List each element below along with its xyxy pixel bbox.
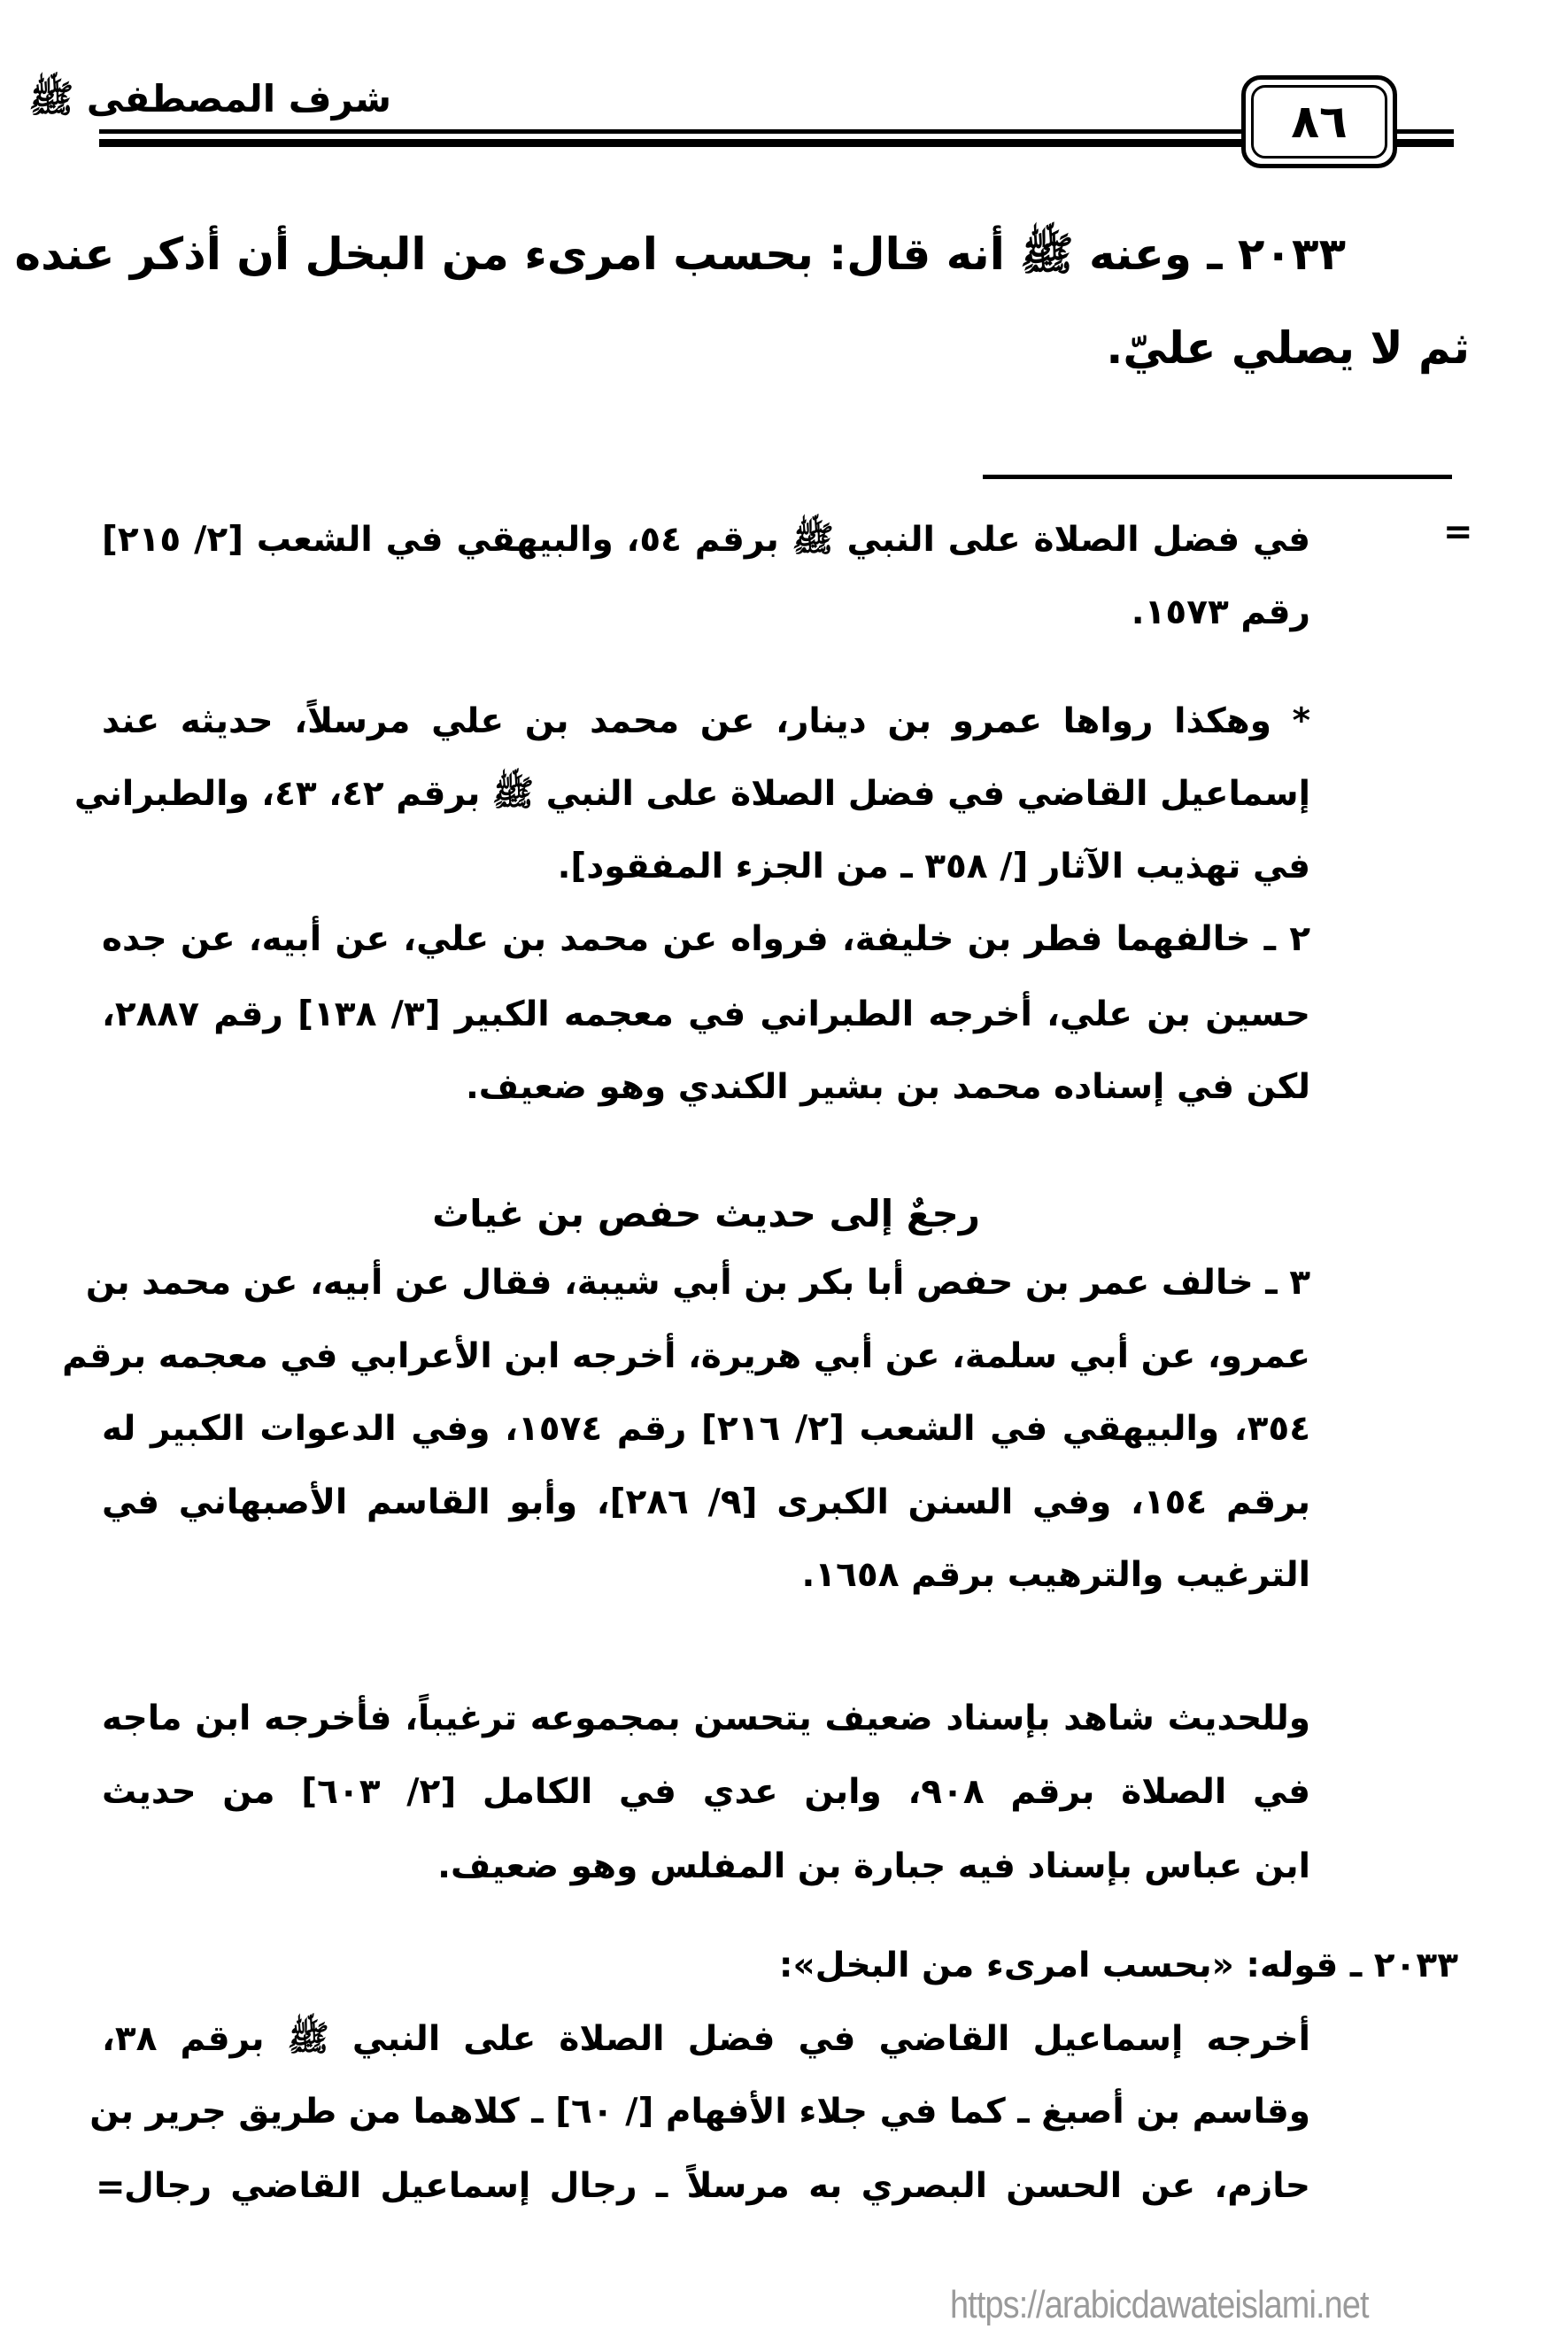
section-heading: رجعٌ إلى حديث حفص بن غياث bbox=[102, 1196, 1310, 1233]
footnote-separator bbox=[983, 475, 1452, 479]
footnote-line: برقم ١٥٤، وفي السنن الكبرى [٩/ ٢٨٦]، وأب… bbox=[102, 1485, 1310, 1520]
footnote-line: في تهذيب الآثار [/ ٣٥٨ ـ من الجزء المفقو… bbox=[102, 849, 1310, 884]
footnote-line: رقم ١٥٧٣. bbox=[102, 595, 1310, 630]
footnote-line: ٣٥٤، والبيهقي في الشعب [٢/ ٢١٦] رقم ١٥٧٤… bbox=[102, 1412, 1310, 1446]
footnote-line: أخرجه إسماعيل القاضي في فضل الصلاة على ا… bbox=[102, 2022, 1310, 2056]
page-number: ٨٦ bbox=[1251, 85, 1387, 159]
watermark-url: https://arabicdawateislami.net bbox=[950, 2283, 1377, 2327]
header-rule-thin-left bbox=[99, 129, 1241, 134]
footnote-line: في الصلاة برقم ٩٠٨، وابن عدي في الكامل [… bbox=[102, 1775, 1310, 1809]
footnote-line: حسين بن علي، أخرجه الطبراني في معجمه الك… bbox=[102, 997, 1310, 1032]
footnote-line: ٢ ـ خالفهما فطر بن خليفة، فرواه عن محمد … bbox=[102, 922, 1310, 956]
footnote-line: الترغيب والترهيب برقم ١٦٥٨. bbox=[102, 1558, 1310, 1592]
main-text-line-2: ثم لا يصلي عليّ. bbox=[102, 326, 1470, 370]
note-2033-label: ٢٠٣٣ ـ قوله: «بحسب امرىء من البخل»: bbox=[102, 1948, 1458, 1983]
footnote-line: لكن في إسناده محمد بن بشير الكندي وهو ضع… bbox=[102, 1070, 1310, 1104]
footnote-line: * وهكذا رواها عمرو بن دينار، عن محمد بن … bbox=[102, 704, 1310, 739]
page-number-box: ٨٦ bbox=[1241, 75, 1397, 168]
main-text-line-1: ٢٠٣٣ ـ وعنه ﷺ أنه قال: بحسب امرىء من الب… bbox=[102, 232, 1346, 276]
header-rule-thick-right bbox=[1397, 139, 1454, 147]
header-rule-thick-left bbox=[99, 139, 1241, 147]
footnote-line: حازم، عن الحسن البصري به مرسلاً ـ رجال إ… bbox=[124, 2169, 1310, 2203]
footnote-line: ابن عباس بإسناد فيه جبارة بن المفلس وهو … bbox=[102, 1849, 1310, 1884]
footnote-line: وقاسم بن أصبغ ـ كما في جلاء الأفهام [/ ٦… bbox=[102, 2094, 1310, 2129]
header-rule-thin-right bbox=[1397, 129, 1454, 134]
footnote-line: عمرو، عن أبي سلمة، عن أبي هريرة، أخرجه ا… bbox=[102, 1339, 1310, 1374]
footnote-line: إسماعيل القاضي في فضل الصلاة على النبي ﷺ… bbox=[102, 777, 1310, 811]
continuation-mark-bottom: = bbox=[96, 2167, 126, 2208]
footnote-line: وللحديث شاهد بإسناد ضعيف يتحسن بمجموعه ت… bbox=[102, 1701, 1310, 1736]
footnote-line: ٣ ـ خالف عمر بن حفص أبا بكر بن أبي شيبة،… bbox=[102, 1265, 1310, 1300]
running-title: شرف المصطفى ﷺ bbox=[99, 74, 391, 124]
footnote-line: في فضل الصلاة على النبي ﷺ برقم ٥٤، والبي… bbox=[102, 522, 1310, 557]
continuation-mark-top: = bbox=[1443, 512, 1473, 553]
